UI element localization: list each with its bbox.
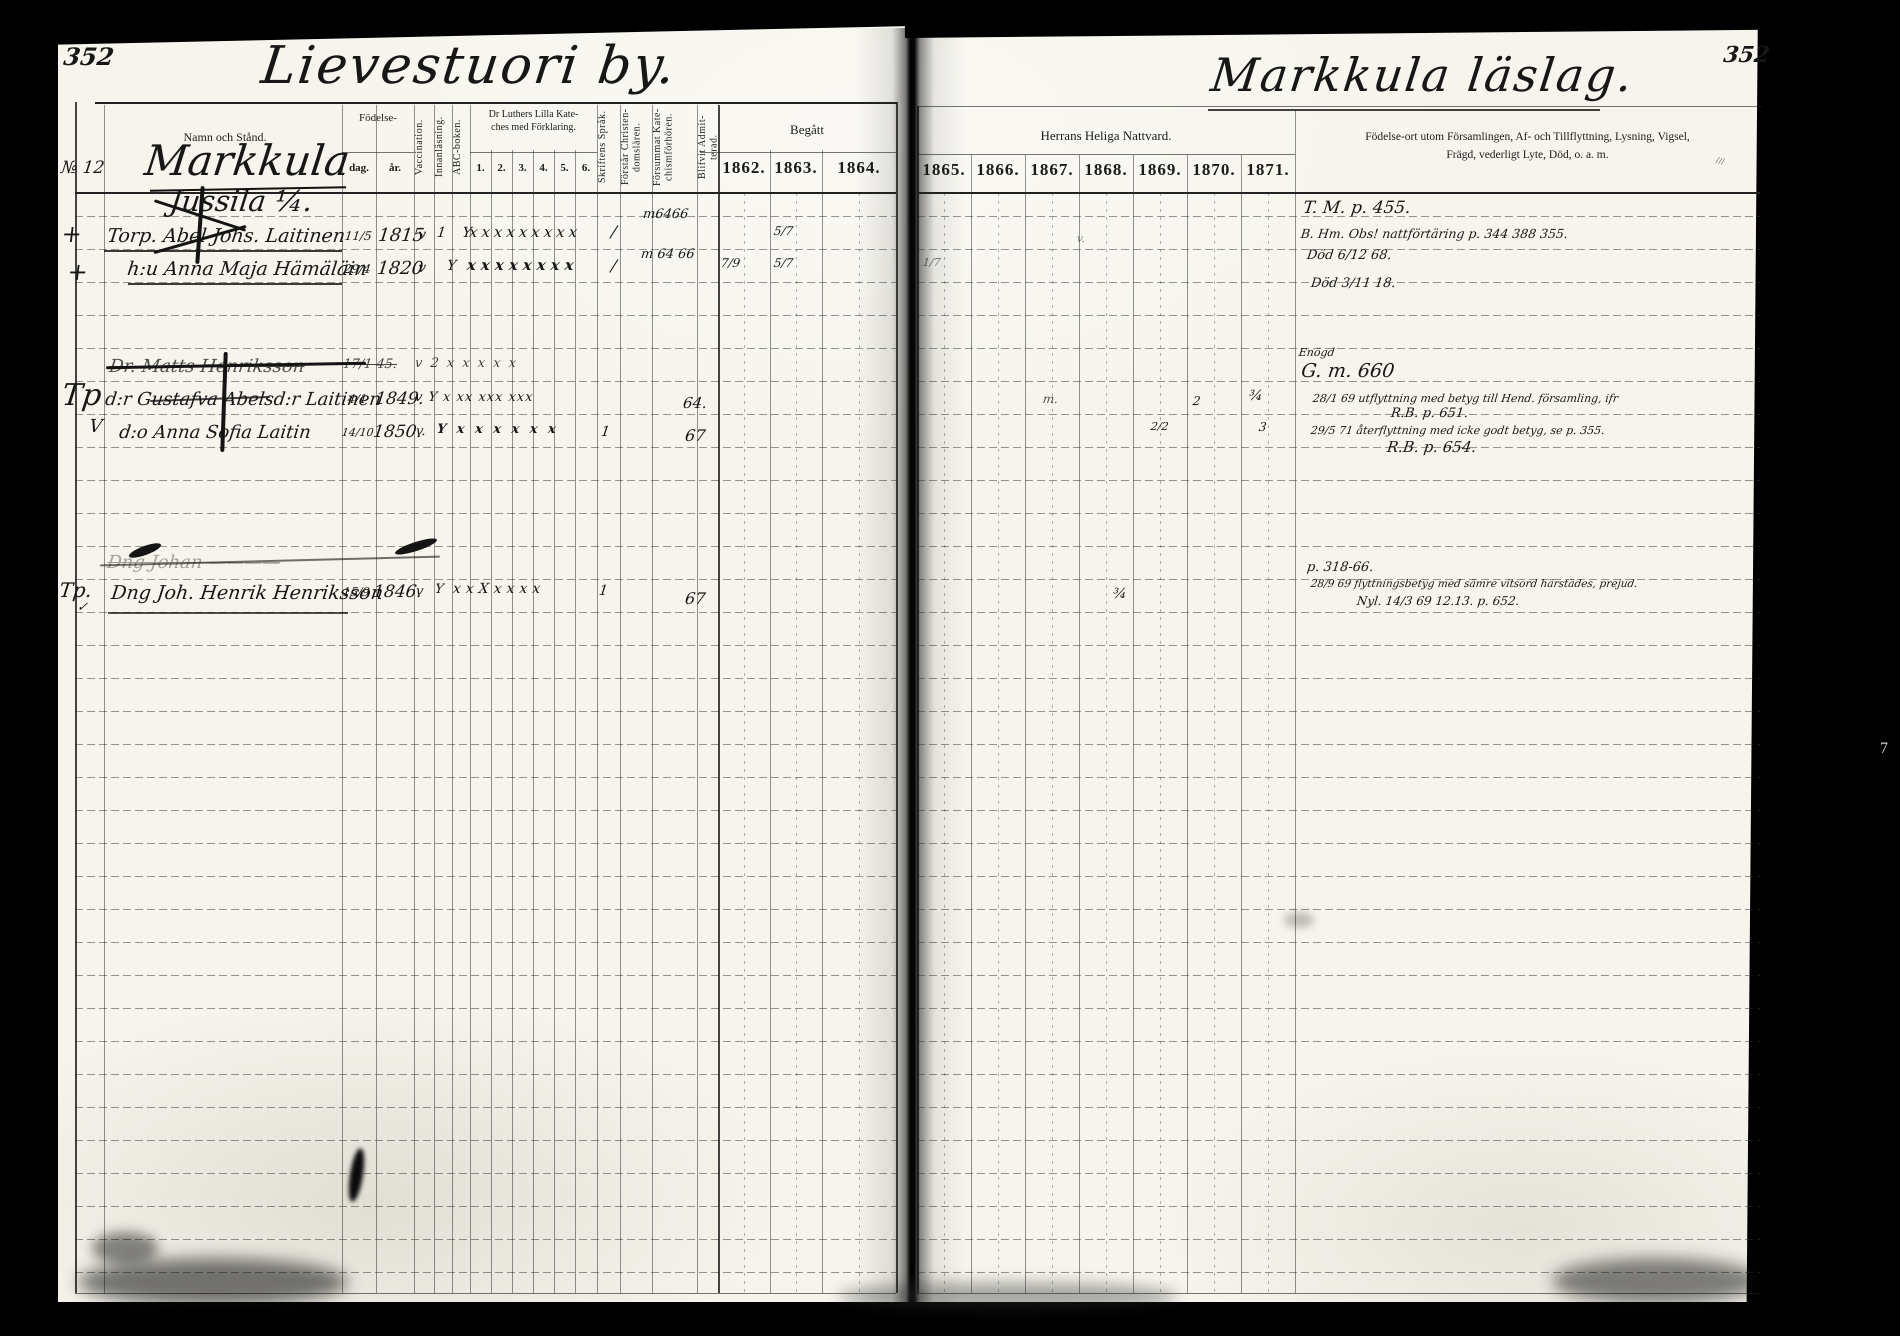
hand-underline [128, 283, 342, 285]
row5-page-ref: 67 [684, 426, 707, 445]
col-header-begatt: Begått [718, 122, 896, 138]
note-mid-movein-ref: R.B. p. 654. [1386, 438, 1477, 456]
col-header-kateches-4: 4. [533, 162, 554, 174]
col-header-kateches-1: 1. [470, 162, 491, 174]
left-page-title: Lievestuori by. [258, 36, 680, 96]
row1-birth-day: 11/5 [344, 229, 373, 243]
page-number-right: 352 [1722, 42, 1771, 68]
note-row1-death: Död 6/12 68. [1306, 248, 1393, 263]
scan-smudge [92, 1232, 158, 1264]
note-row1-obs: B. Hm. Obs! nattförtäring p. 344 388 355… [1300, 226, 1569, 241]
edge-digit: 7 [1880, 740, 1888, 758]
rule-line [342, 152, 414, 153]
grid-line [796, 193, 797, 1293]
col-header-ar: år. [376, 162, 414, 174]
row4-page-ref: 64. [682, 394, 708, 412]
grid-line [1268, 193, 1269, 1293]
scan-edge-right [1746, 0, 1900, 1336]
col-header-blifvit: Blifvit Admit- terad. [697, 104, 718, 190]
scanned-parish-register-spread: 352 Lievestuori by. Namn och Stånd. Föde… [0, 0, 1900, 1336]
row7-birth-day: 15/9 [342, 585, 371, 599]
grid-line [575, 150, 576, 1293]
grid-line [1241, 155, 1242, 1293]
row3-marks: v 2 x x x x x [414, 356, 519, 371]
col-header-forstar: Förstår Christen- domslären. [620, 104, 652, 190]
row5-vaccination-mark: v. [415, 424, 427, 439]
entry-number: № 12 [60, 158, 106, 178]
grid-line [1106, 193, 1107, 1293]
year-1871: 1871. [1241, 160, 1295, 180]
row7-check-mark: ✓ [76, 600, 89, 615]
communion-mark-1865-row2: 1/7 [922, 256, 941, 269]
grid-line [512, 150, 513, 1293]
row2-cross-mark: + [66, 258, 90, 286]
rule-line [470, 152, 597, 153]
right-page-title: Markkula läslag. [1208, 48, 1637, 102]
communion-mark-1869-row4: 2 [1192, 394, 1201, 408]
year-1865: 1865. [917, 160, 971, 180]
grid-line [620, 105, 621, 1293]
row2-name: h:u Anna Maja Hämäläin [126, 258, 368, 280]
note-mid-remark: Enögd [1298, 346, 1335, 359]
rule-line [917, 154, 1295, 155]
row1-name: Torp. Abel Johs. Laitinen [106, 225, 346, 247]
col-header-fodelse: Födelse- [342, 112, 414, 124]
grid-line [822, 150, 823, 1293]
grid-line [998, 193, 999, 1293]
grid-line [104, 105, 105, 1293]
grid-line [434, 105, 435, 1293]
row7-reading-marks: Y [434, 582, 444, 597]
note-mid-moveout-ref: R.B. p. 651. [1390, 406, 1469, 421]
row5-marks: Y x x x x x x [436, 422, 560, 437]
grid-line [452, 105, 453, 1293]
row4-check-mark: V [88, 416, 104, 437]
year-1870: 1870. [1187, 160, 1241, 180]
year-1862: 1862. [718, 158, 770, 178]
hand-underline [108, 612, 348, 614]
communion-mark-1871-row5: 3 [1258, 420, 1267, 434]
grid-line [896, 102, 898, 1293]
scan-smudge [838, 1282, 1178, 1310]
rule-line [95, 102, 897, 104]
note-row7-moveout: 28/9 69 flyttningsbetyg med sämre vitsor… [1310, 578, 1638, 590]
grid-line [470, 105, 471, 1293]
row4-birth-day: 4/1 [347, 392, 368, 406]
col-header-vaccination: Vaccination. [414, 104, 434, 190]
grid-line [1214, 193, 1215, 1293]
scan-smudge [1552, 1258, 1762, 1304]
grid-line [376, 105, 377, 1293]
row1-page-ref: m6466 [642, 207, 689, 222]
row2-birth-day: 29/4 [343, 262, 372, 276]
grid-line [554, 150, 555, 1293]
grid-line [652, 105, 653, 1293]
row4-name: d:r Gustafva Abelsd:r Laitinen [104, 389, 382, 410]
col-header-kateches-5: 5. [554, 162, 575, 174]
col-header-notes: Födelse-ort utom Församlingen, Af- och T… [1300, 128, 1755, 165]
communion-mark-1868-row1: v. [1076, 232, 1086, 245]
col-header-kateches-6: 6. [575, 162, 597, 174]
year-1867: 1867. [1025, 160, 1079, 180]
farm-name: Markkula [142, 136, 353, 185]
note-mid-ref: G. m. 660 [1300, 360, 1396, 382]
row2-katekes-marks: xxxxxxxx [466, 256, 580, 274]
row7-katekes-marks: xxXxxxx [452, 581, 546, 597]
row7-page-ref: 67 [684, 589, 707, 608]
row2-page-ref: m 64 66 [640, 247, 696, 262]
grid-line [697, 105, 698, 1293]
communion-mark-1871-row4: ¾ [1248, 388, 1264, 404]
year-1868: 1868. [1079, 160, 1133, 180]
row2-reading-marks: Y [446, 258, 457, 274]
hand-underline [104, 250, 342, 252]
col-header-innanlasning: Innanläsning. [434, 104, 452, 190]
note-row2-death: Död 3/11 18. [1310, 276, 1397, 291]
note-row7-ref: p. 318-66. [1306, 560, 1374, 575]
col-header-abc-boken: ABC-boken. [452, 104, 470, 190]
row1-katekes-marks: xxxxxxxxx [468, 223, 582, 241]
ruled-rows-right [917, 184, 1760, 1293]
grid-line [1160, 193, 1161, 1293]
ruled-rows-left [75, 184, 896, 1293]
grid-line [1187, 155, 1188, 1293]
grid-line [1133, 155, 1134, 1293]
col-header-skriftens: Skriftens Språk. [597, 104, 620, 190]
row7-margin-note: Tp. [58, 578, 93, 602]
note-mid-moveout: 28/1 69 utflyttning med betyg till Hend.… [1312, 392, 1619, 405]
rule-line [917, 192, 1760, 194]
grid-line [718, 105, 720, 1293]
col-header-forsummat: Försummat Kate- chismförhören. [652, 104, 697, 190]
grid-line [859, 193, 860, 1293]
col-header-kateches-2: 2. [491, 162, 512, 174]
row1-cross-mark: + [60, 220, 84, 248]
note-row7-moveout-ref: Nyl. 14/3 69 12.13. p. 652. [1356, 594, 1520, 608]
col-header-nattvard: Herrans Heliga Nattvard. [917, 128, 1295, 144]
communion-date-1863-row2: 5/7 [773, 256, 794, 270]
row4-marks: v Y x xx xxx xxx [414, 390, 534, 405]
grid-line [917, 106, 919, 1293]
note-mid-movein: 29/5 71 återflyttning med icke godt bety… [1310, 424, 1606, 437]
grid-line [491, 150, 492, 1293]
scan-smudge [1284, 912, 1314, 928]
grid-line [744, 193, 745, 1293]
year-1866: 1866. [971, 160, 1025, 180]
scan-edge-left [0, 0, 58, 1336]
rule-line [917, 106, 1762, 107]
communion-date-1863-row1: 5/7 [773, 224, 794, 238]
communion-mark-1868-row7: ¾ [1112, 586, 1128, 602]
note-row1-ref: T. M. p. 455. [1302, 198, 1412, 218]
grid-line [770, 150, 771, 1293]
grid-line [944, 193, 945, 1293]
col-header-kateches-3: 3. [512, 162, 533, 174]
page-number-left: 352 [62, 42, 116, 71]
grid-line [1079, 155, 1080, 1293]
rule-line [700, 152, 896, 153]
grid-line [414, 105, 415, 1293]
communion-date-1862-row2: 7/9 [720, 256, 741, 270]
row4-margin-note: Tp [60, 378, 104, 413]
grid-line [1052, 193, 1053, 1293]
row5-birth-day: 14/10 [341, 426, 374, 439]
grid-line [971, 155, 972, 1293]
grid-line [597, 105, 598, 1293]
year-1869: 1869. [1133, 160, 1187, 180]
col-header-kateches: Dr Luthers Lilla Kate- ches med Förklari… [470, 108, 597, 134]
grid-line [1295, 110, 1296, 1293]
row5-name: d:o Anna Sofia Laitin [118, 422, 312, 443]
title-underline [1208, 109, 1600, 111]
grid-line [342, 105, 343, 1293]
communion-mark-1867-row4: m. [1042, 392, 1059, 406]
communion-mark-1869-row5: 2/2 [1150, 420, 1169, 433]
year-1864: 1864. [822, 158, 896, 178]
scan-smudge [78, 1258, 348, 1306]
year-1863: 1863. [770, 158, 822, 178]
grid-line [1025, 155, 1026, 1293]
grid-line [533, 150, 534, 1293]
